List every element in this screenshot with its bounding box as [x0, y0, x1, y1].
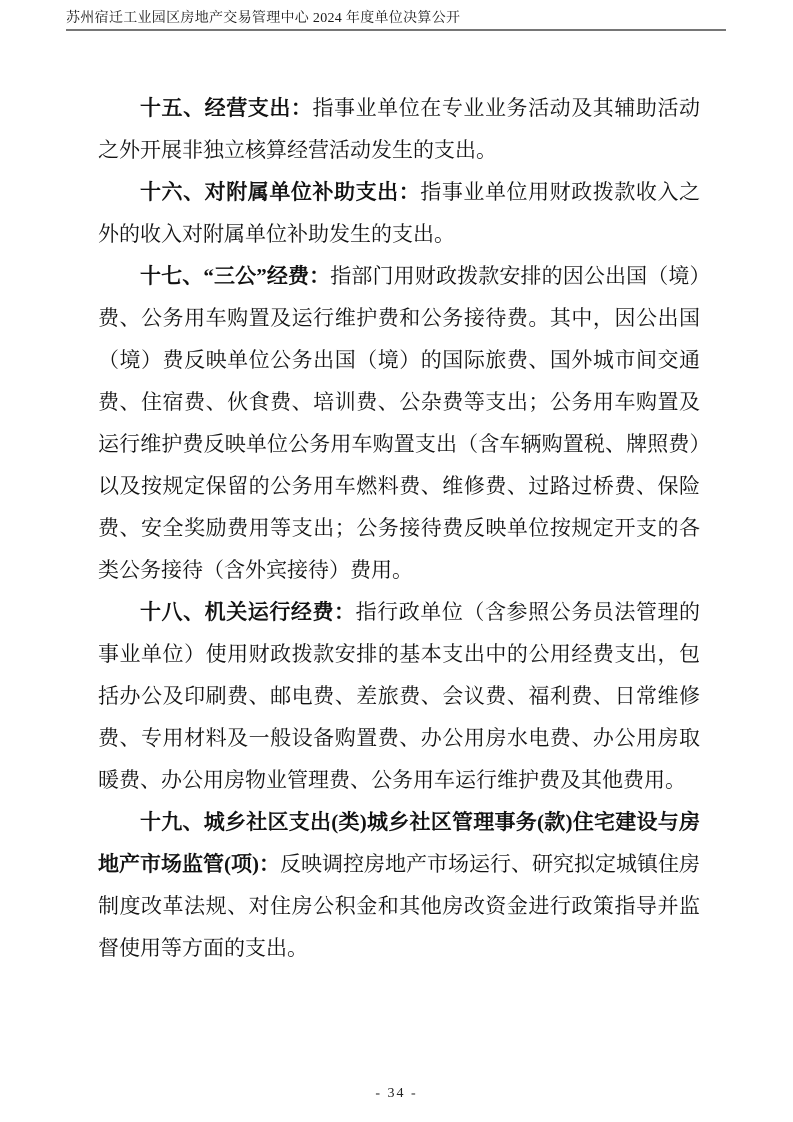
- paragraph: 十九、城乡社区支出(类)城乡社区管理事务(款)住宅建设与房地产市场监管(项)：反…: [98, 801, 700, 969]
- paragraph-lead: 十五、经营支出：: [140, 96, 312, 120]
- header-title: 苏州宿迁工业园区房地产交易管理中心 2024 年度单位决算公开: [66, 11, 460, 27]
- paragraph-lead: 十六、对附属单位补助支出：: [140, 180, 420, 204]
- paragraph: 十五、经营支出：指事业单位在专业业务活动及其辅助活动之外开展非独立核算经营活动发…: [98, 87, 700, 171]
- paragraph: 十七、“三公”经费：指部门用财政拨款安排的因公出国（境）费、公务用车购置及运行维…: [98, 255, 700, 591]
- paragraph-lead: 十七、“三公”经费：: [140, 264, 330, 288]
- paragraph-lead: 十八、机关运行经费：: [140, 600, 356, 624]
- document-body: 十五、经营支出：指事业单位在专业业务活动及其辅助活动之外开展非独立核算经营活动发…: [98, 87, 700, 969]
- paragraph: 十六、对附属单位补助支出：指事业单位用财政拨款收入之外的收入对附属单位补助发生的…: [98, 171, 700, 255]
- page-number: - 34 -: [0, 1086, 793, 1102]
- paragraph: 十八、机关运行经费：指行政单位（含参照公务员法管理的事业单位）使用财政拨款安排的…: [98, 591, 700, 801]
- paragraph-text: 指部门用财政拨款安排的因公出国（境）费、公务用车购置及运行维护费和公务接待费。其…: [98, 264, 700, 582]
- document-page: 苏州宿迁工业园区房地产交易管理中心 2024 年度单位决算公开 十五、经营支出：…: [0, 0, 793, 1122]
- header-rule: [66, 29, 726, 31]
- paragraph-text: 指行政单位（含参照公务员法管理的事业单位）使用财政拨款安排的基本支出中的公用经费…: [98, 600, 700, 792]
